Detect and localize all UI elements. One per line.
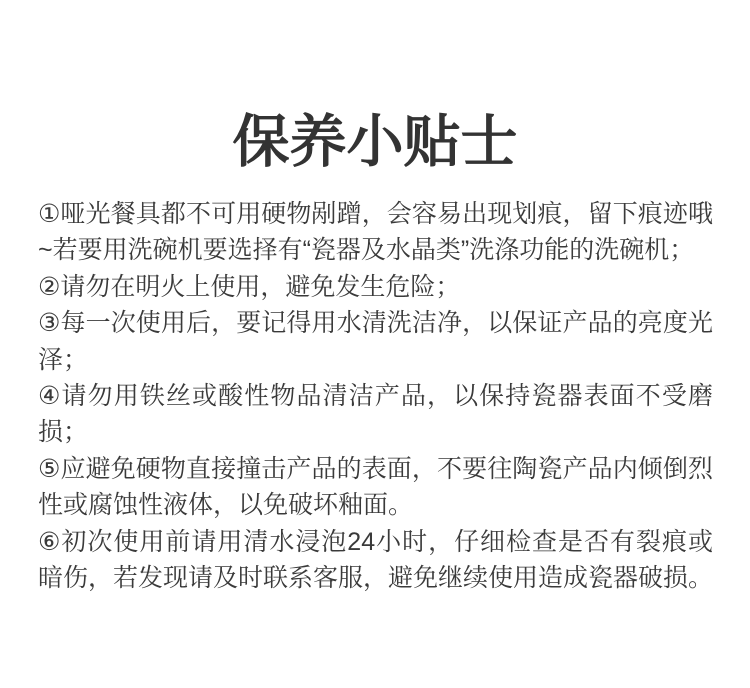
- care-tips-list: ①哑光餐具都不可用硬物剐蹭，会容易出现划痕，留下痕迹哦~若要用洗碗机要选择有“瓷…: [0, 172, 750, 596]
- care-tip-4: ④请勿用铁丝或酸性物品清洁产品，以保持瓷器表面不受磨损；: [38, 378, 713, 451]
- care-tips-page: 保养小贴士 ①哑光餐具都不可用硬物剐蹭，会容易出现划痕，留下痕迹哦~若要用洗碗机…: [0, 0, 750, 688]
- care-tip-1: ①哑光餐具都不可用硬物剐蹭，会容易出现划痕，留下痕迹哦~若要用洗碗机要选择有“瓷…: [38, 196, 713, 269]
- care-tip-6: ⑥初次使用前请用清水浸泡24小时，仔细检查是否有裂痕或暗伤，若发现请及时联系客服…: [38, 524, 713, 597]
- care-tip-3: ③每一次使用后，要记得用水清洗洁净，以保证产品的亮度光泽；: [38, 305, 713, 378]
- care-tip-5: ⑤应避免硬物直接撞击产品的表面，不要往陶瓷产品内倾倒烈性或腐蚀性液体，以免破坏釉…: [38, 451, 713, 524]
- page-title: 保养小贴士: [0, 0, 750, 172]
- care-tip-2: ②请勿在明火上使用，避免发生危险；: [38, 269, 713, 305]
